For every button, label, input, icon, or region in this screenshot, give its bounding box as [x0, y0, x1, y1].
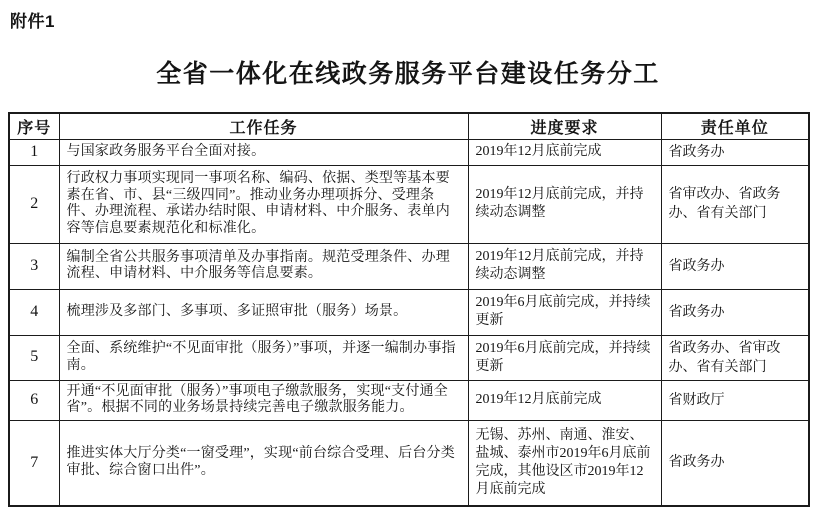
table-row: 5 全面、系统维护“不见面审批（服务）”事项，并逐一编制办事指南。 2019年6…: [9, 335, 809, 380]
cell-progress: 2019年6月底前完成，并持续更新: [468, 335, 661, 380]
table-row: 7 推进实体大厅分类“一窗受理”，实现“前台综合受理、后台分类审批、综合窗口出件…: [9, 420, 809, 506]
attachment-label: 附件1: [10, 7, 55, 32]
column-header-seq: 序号: [9, 113, 59, 139]
cell-seq: 7: [9, 420, 59, 506]
table-row: 2 行政权力事项实现同一事项名称、编码、依据、类型等基本要素在省、市、县“三级四…: [9, 165, 809, 243]
cell-unit: 省政务办、省审改办、省有关部门: [661, 335, 809, 380]
cell-task: 行政权力事项实现同一事项名称、编码、依据、类型等基本要素在省、市、县“三级四同”…: [59, 165, 468, 243]
table-row: 6 开通“不见面审批（服务）”事项电子缴款服务，实现“支付通全省”。根据不同的业…: [9, 380, 809, 420]
column-header-progress: 进度要求: [468, 113, 661, 139]
task-assignment-table: 序号 工作任务 进度要求 责任单位 1 与国家政务服务平台全面对接。 2019年…: [8, 112, 810, 507]
table-row: 3 编制全省公共服务事项清单及办事指南。规范受理条件、办理流程、申请材料、中介服…: [9, 243, 809, 289]
cell-task: 编制全省公共服务事项清单及办事指南。规范受理条件、办理流程、申请材料、中介服务等…: [59, 243, 468, 289]
table-header-row: 序号 工作任务 进度要求 责任单位: [9, 113, 809, 139]
cell-progress: 无锡、苏州、南通、淮安、盐城、泰州市2019年6月底前完成，其他设区市2019年…: [468, 420, 661, 506]
cell-seq: 3: [9, 243, 59, 289]
cell-unit: 省政务办: [661, 139, 809, 165]
cell-task: 与国家政务服务平台全面对接。: [59, 139, 468, 165]
cell-progress: 2019年12月底前完成，并持续动态调整: [468, 165, 661, 243]
cell-seq: 2: [9, 165, 59, 243]
table-row: 1 与国家政务服务平台全面对接。 2019年12月底前完成 省政务办: [9, 139, 809, 165]
cell-progress: 2019年12月底前完成: [468, 139, 661, 165]
cell-seq: 4: [9, 289, 59, 335]
cell-progress: 2019年6月底前完成，并持续更新: [468, 289, 661, 335]
column-header-unit: 责任单位: [661, 113, 809, 139]
table-row: 4 梳理涉及多部门、多事项、多证照审批（服务）场景。 2019年6月底前完成，并…: [9, 289, 809, 335]
cell-unit: 省审改办、省政务办、省有关部门: [661, 165, 809, 243]
cell-seq: 5: [9, 335, 59, 380]
cell-seq: 1: [9, 139, 59, 165]
cell-unit: 省财政厅: [661, 380, 809, 420]
cell-progress: 2019年12月底前完成: [468, 380, 661, 420]
cell-progress: 2019年12月底前完成，并持续动态调整: [468, 243, 661, 289]
cell-task: 推进实体大厅分类“一窗受理”，实现“前台综合受理、后台分类审批、综合窗口出件”。: [59, 420, 468, 506]
cell-task: 开通“不见面审批（服务）”事项电子缴款服务，实现“支付通全省”。根据不同的业务场…: [59, 380, 468, 420]
cell-task: 全面、系统维护“不见面审批（服务）”事项，并逐一编制办事指南。: [59, 335, 468, 380]
cell-unit: 省政务办: [661, 420, 809, 506]
cell-unit: 省政务办: [661, 243, 809, 289]
cell-task: 梳理涉及多部门、多事项、多证照审批（服务）场景。: [59, 289, 468, 335]
column-header-task: 工作任务: [59, 113, 468, 139]
page-title: 全省一体化在线政务服务平台建设任务分工: [0, 54, 816, 90]
cell-unit: 省政务办: [661, 289, 809, 335]
document-page: { "page": { "attachment_label": "附件1", "…: [0, 0, 816, 527]
cell-seq: 6: [9, 380, 59, 420]
